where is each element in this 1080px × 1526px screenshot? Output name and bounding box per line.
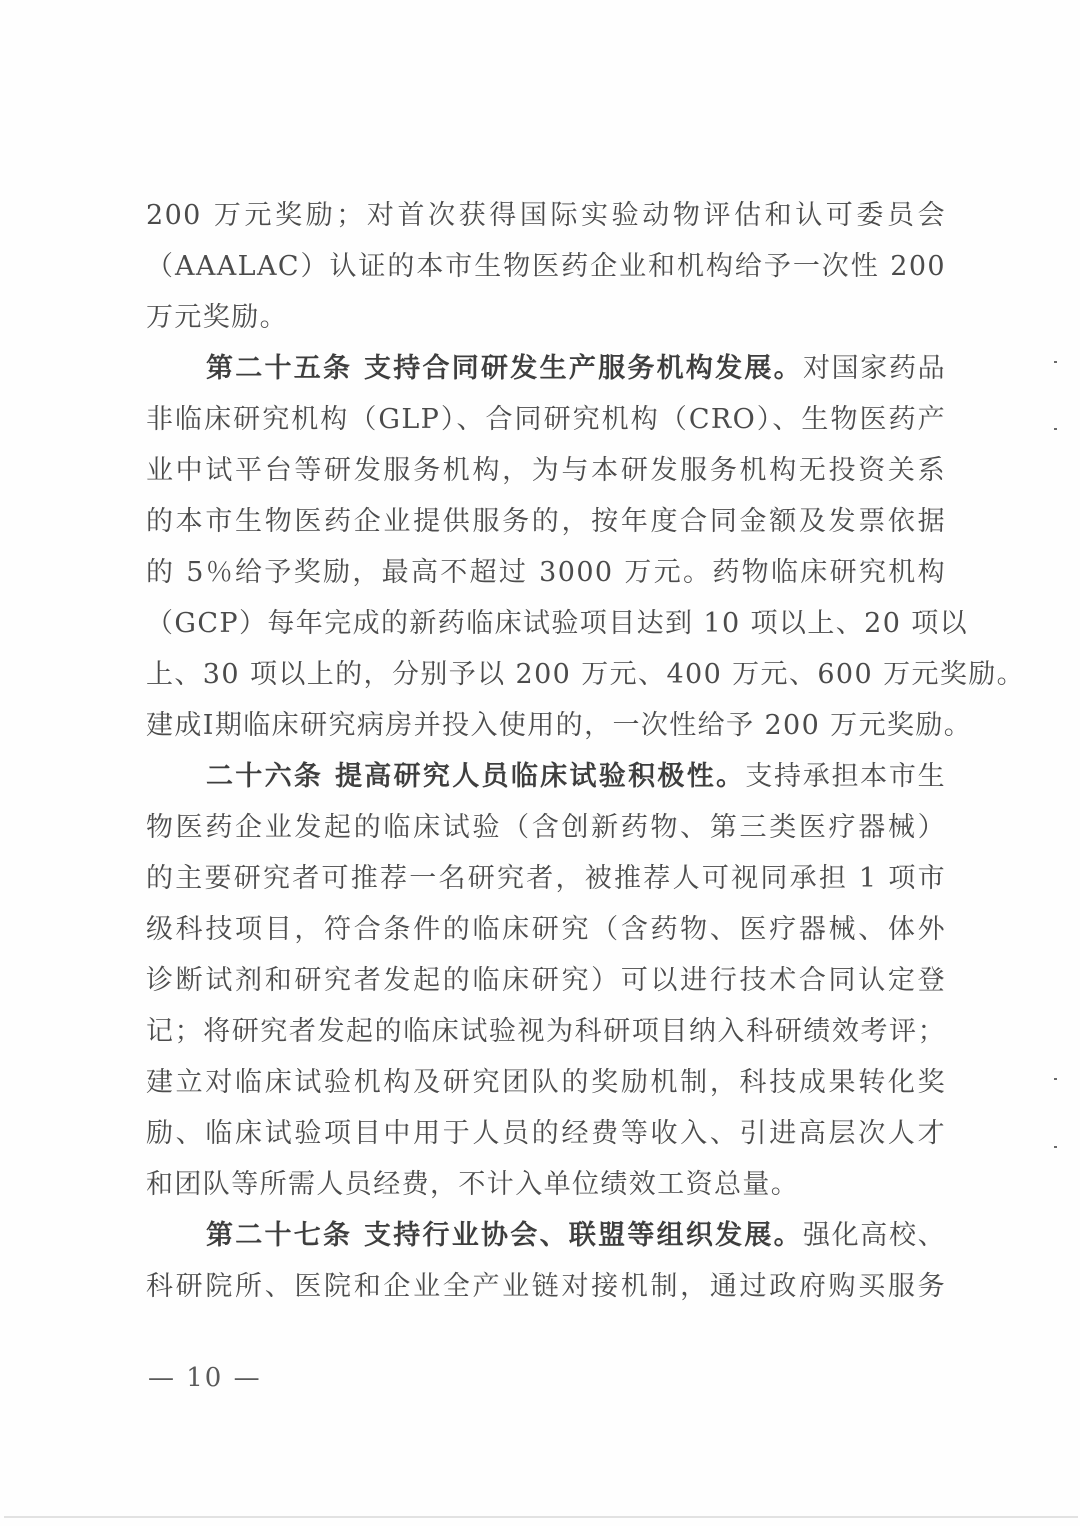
text-line: 诊断试剂和研究者发起的临床研究）可以进行技术合同认定登 bbox=[146, 955, 946, 1006]
text-line: 200 万元奖励；对首次获得国际实验动物评估和认可委员会 bbox=[146, 190, 946, 241]
article-26-heading: 二十六条 提高研究人员临床试验积极性。 bbox=[206, 761, 745, 792]
text-line: 科研院所、医院和企业全产业链对接机制，通过政府购买服务 bbox=[146, 1261, 946, 1312]
article-26-first-line: 二十六条 提高研究人员临床试验积极性。支持承担本市生 bbox=[146, 751, 946, 802]
margin-mark bbox=[1054, 1146, 1057, 1148]
text-line: 建立对临床试验机构及研究团队的奖励机制，科技成果转化奖 bbox=[146, 1057, 946, 1108]
margin-mark bbox=[1054, 1078, 1057, 1080]
text-line: 和团队等所需人员经费，不计入单位绩效工资总量。 bbox=[146, 1159, 946, 1210]
margin-mark bbox=[1054, 361, 1057, 363]
text-line: 的 5％给予奖励，最高不超过 3000 万元。药物临床研究机构 bbox=[146, 547, 946, 598]
body-text: 200 万元奖励；对首次获得国际实验动物评估和认可委员会 （AAALAC）认证的… bbox=[146, 190, 946, 1312]
article-27-first-line: 第二十七条 支持行业协会、联盟等组织发展。强化高校、 bbox=[146, 1210, 946, 1261]
text-line: 非临床研究机构（GLP）、合同研究机构（CRO）、生物医药产 bbox=[146, 394, 946, 445]
article-27-text: 强化高校、 bbox=[803, 1220, 946, 1251]
page-number: — 10 — bbox=[148, 1363, 262, 1393]
article-26-text: 支持承担本市生 bbox=[745, 761, 946, 792]
text-line: 的主要研究者可推荐一名研究者，被推荐人可视同承担 1 项市 bbox=[146, 853, 946, 904]
text-line: （GCP）每年完成的新药临床试验项目达到 10 项以上、20 项以 bbox=[146, 598, 946, 649]
document-page: 200 万元奖励；对首次获得国际实验动物评估和认可委员会 （AAALAC）认证的… bbox=[0, 0, 1080, 1526]
text-line: 记；将研究者发起的临床试验视为科研项目纳入科研绩效考评； bbox=[146, 1006, 946, 1057]
margin-mark bbox=[1054, 428, 1057, 430]
text-line: 励、临床试验项目中用于人员的经费等收入、引进高层次人才 bbox=[146, 1108, 946, 1159]
article-25-first-line: 第二十五条 支持合同研发生产服务机构发展。对国家药品 bbox=[146, 343, 946, 394]
article-27-heading: 第二十七条 支持行业协会、联盟等组织发展。 bbox=[206, 1220, 803, 1251]
text-line: 业中试平台等研发服务机构，为与本研发服务机构无投资关系 bbox=[146, 445, 946, 496]
text-line: 的本市生物医药企业提供服务的，按年度合同金额及发票依据 bbox=[146, 496, 946, 547]
page-edge-rule bbox=[4, 1516, 1078, 1518]
article-25-heading: 第二十五条 支持合同研发生产服务机构发展。 bbox=[206, 353, 803, 384]
text-line: （AAALAC）认证的本市生物医药企业和机构给予一次性 200 bbox=[146, 241, 946, 292]
text-line: 物医药企业发起的临床试验（含创新药物、第三类医疗器械） bbox=[146, 802, 946, 853]
text-line: 上、30 项以上的，分别予以 200 万元、400 万元、600 万元奖励。 bbox=[146, 649, 946, 700]
article-25-text: 对国家药品 bbox=[803, 353, 946, 384]
text-line: 级科技项目，符合条件的临床研究（含药物、医疗器械、体外 bbox=[146, 904, 946, 955]
text-line: 建成Ⅰ期临床研究病房并投入使用的，一次性给予 200 万元奖励。 bbox=[146, 700, 946, 751]
text-line: 万元奖励。 bbox=[146, 292, 946, 343]
